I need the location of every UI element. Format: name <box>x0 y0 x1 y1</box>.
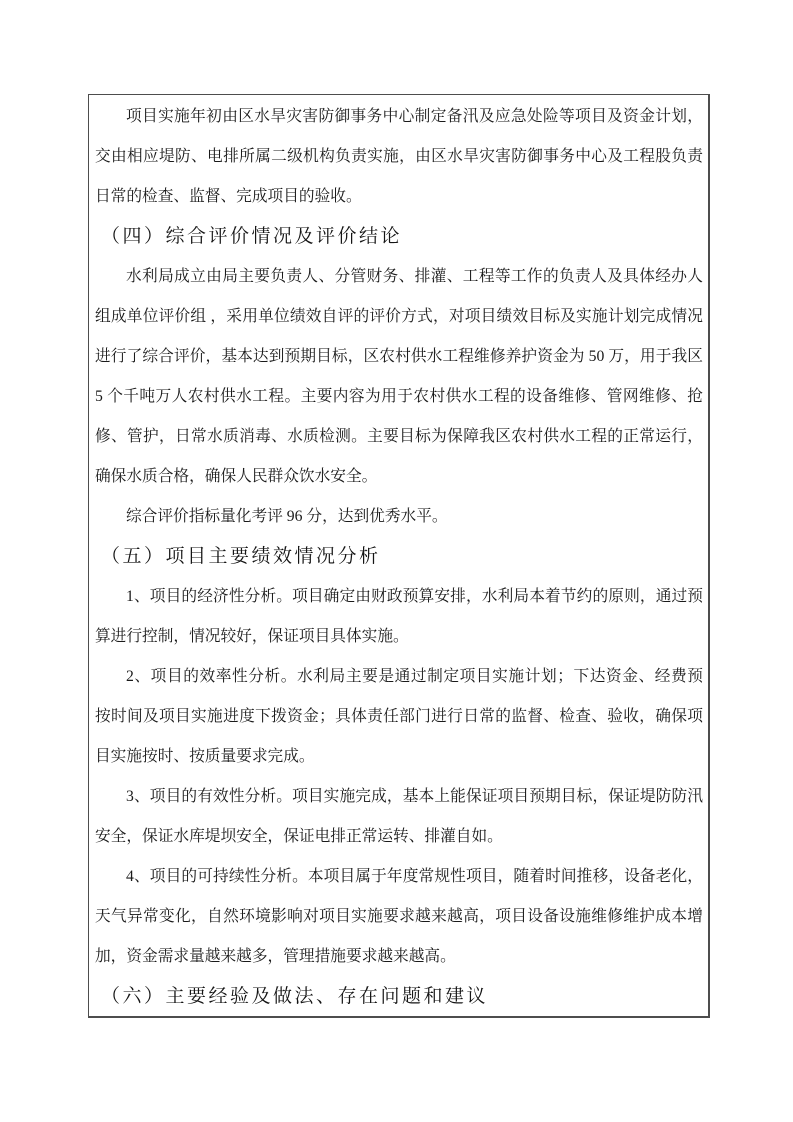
paragraph-line: 3、项目的有效性分析。项目实施完成，基本上能保证项目预期目标，保证堤防防汛 <box>95 777 703 817</box>
document-table-cell: 项目实施年初由区水旱灾害防御事务中心制定备汛及应急处险等项目及资金计划，交由相应… <box>88 94 710 1018</box>
paragraph-line: 日常的检查、监督、完成项目的验收。 <box>95 177 703 217</box>
paragraph-line: 目实施按时、按质量要求完成。 <box>95 737 703 777</box>
section-heading: （六）主要经验及做法、存在问题和建议 <box>95 977 703 1017</box>
paragraph-line: 确保水质合格，确保人民群众饮水安全。 <box>95 457 703 497</box>
paragraph-line: 综合评价指标量化考评 96 分，达到优秀水平。 <box>95 497 703 537</box>
paragraph-line: 1、项目的经济性分析。项目确定由财政预算安排，水利局本着节约的原则，通过预 <box>95 577 703 617</box>
paragraph-line: 项目实施年初由区水旱灾害防御事务中心制定备汛及应急处险等项目及资金计划， <box>95 97 703 137</box>
paragraph: 项目实施年初由区水旱灾害防御事务中心制定备汛及应急处险等项目及资金计划，交由相应… <box>95 97 703 217</box>
document-page: 项目实施年初由区水旱灾害防御事务中心制定备汛及应急处险等项目及资金计划，交由相应… <box>0 0 793 1122</box>
paragraph-line: 算进行控制，情况较好，保证项目具体实施。 <box>95 617 703 657</box>
paragraph: 1、项目的经济性分析。项目确定由财政预算安排，水利局本着节约的原则，通过预算进行… <box>95 577 703 657</box>
paragraph-line: 4、项目的可持续性分析。本项目属于年度常规性项目，随着时间推移，设备老化， <box>95 857 703 897</box>
paragraph-line: 加，资金需求量越来越多，管理措施要求越来越高。 <box>95 937 703 977</box>
paragraph-line: 组成单位评价组 ，采用单位绩效自评的评价方式，对项目绩效目标及实施计划完成情况 <box>95 297 703 337</box>
paragraph: 水利局成立由局主要负责人、分管财务、排灌、工程等工作的负责人及具体经办人组成单位… <box>95 257 703 497</box>
paragraph: 3、项目的有效性分析。项目实施完成，基本上能保证项目预期目标，保证堤防防汛安全，… <box>95 777 703 857</box>
paragraph-line: 5 个千吨万人农村供水工程。主要内容为用于农村供水工程的设备维修、管网维修、抢 <box>95 377 703 417</box>
paragraph: 4、项目的可持续性分析。本项目属于年度常规性项目，随着时间推移，设备老化，天气异… <box>95 857 703 977</box>
section-heading: （四）综合评价情况及评价结论 <box>95 217 703 257</box>
paragraph-line: 修、管护，日常水质消毒、水质检测。主要目标为保障我区农村供水工程的正常运行， <box>95 417 703 457</box>
paragraph-line: 安全，保证水库堤坝安全，保证电排正常运转、排灌自如。 <box>95 817 703 857</box>
paragraph-line: 按时间及项目实施进度下拨资金；具体责任部门进行日常的监督、检查、验收，确保项 <box>95 697 703 737</box>
paragraph: 综合评价指标量化考评 96 分，达到优秀水平。 <box>95 497 703 537</box>
paragraph-line: 进行了综合评价，基本达到预期目标，区农村供水工程维修养护资金为 50 万，用于我… <box>95 337 703 377</box>
section-heading: （五）项目主要绩效情况分析 <box>95 537 703 577</box>
paragraph-line: 2、项目的效率性分析。水利局主要是通过制定项目实施计划；下达资金、经费预算， <box>95 657 703 697</box>
paragraph-line: 交由相应堤防、电排所属二级机构负责实施，由区水旱灾害防御事务中心及工程股负责 <box>95 137 703 177</box>
paragraph-line: 水利局成立由局主要负责人、分管财务、排灌、工程等工作的负责人及具体经办人 <box>95 257 703 297</box>
paragraph-line: 天气异常变化，自然环境影响对项目实施要求越来越高，项目设备设施维修维护成本增 <box>95 897 703 937</box>
paragraph: 2、项目的效率性分析。水利局主要是通过制定项目实施计划；下达资金、经费预算，按时… <box>95 657 703 777</box>
